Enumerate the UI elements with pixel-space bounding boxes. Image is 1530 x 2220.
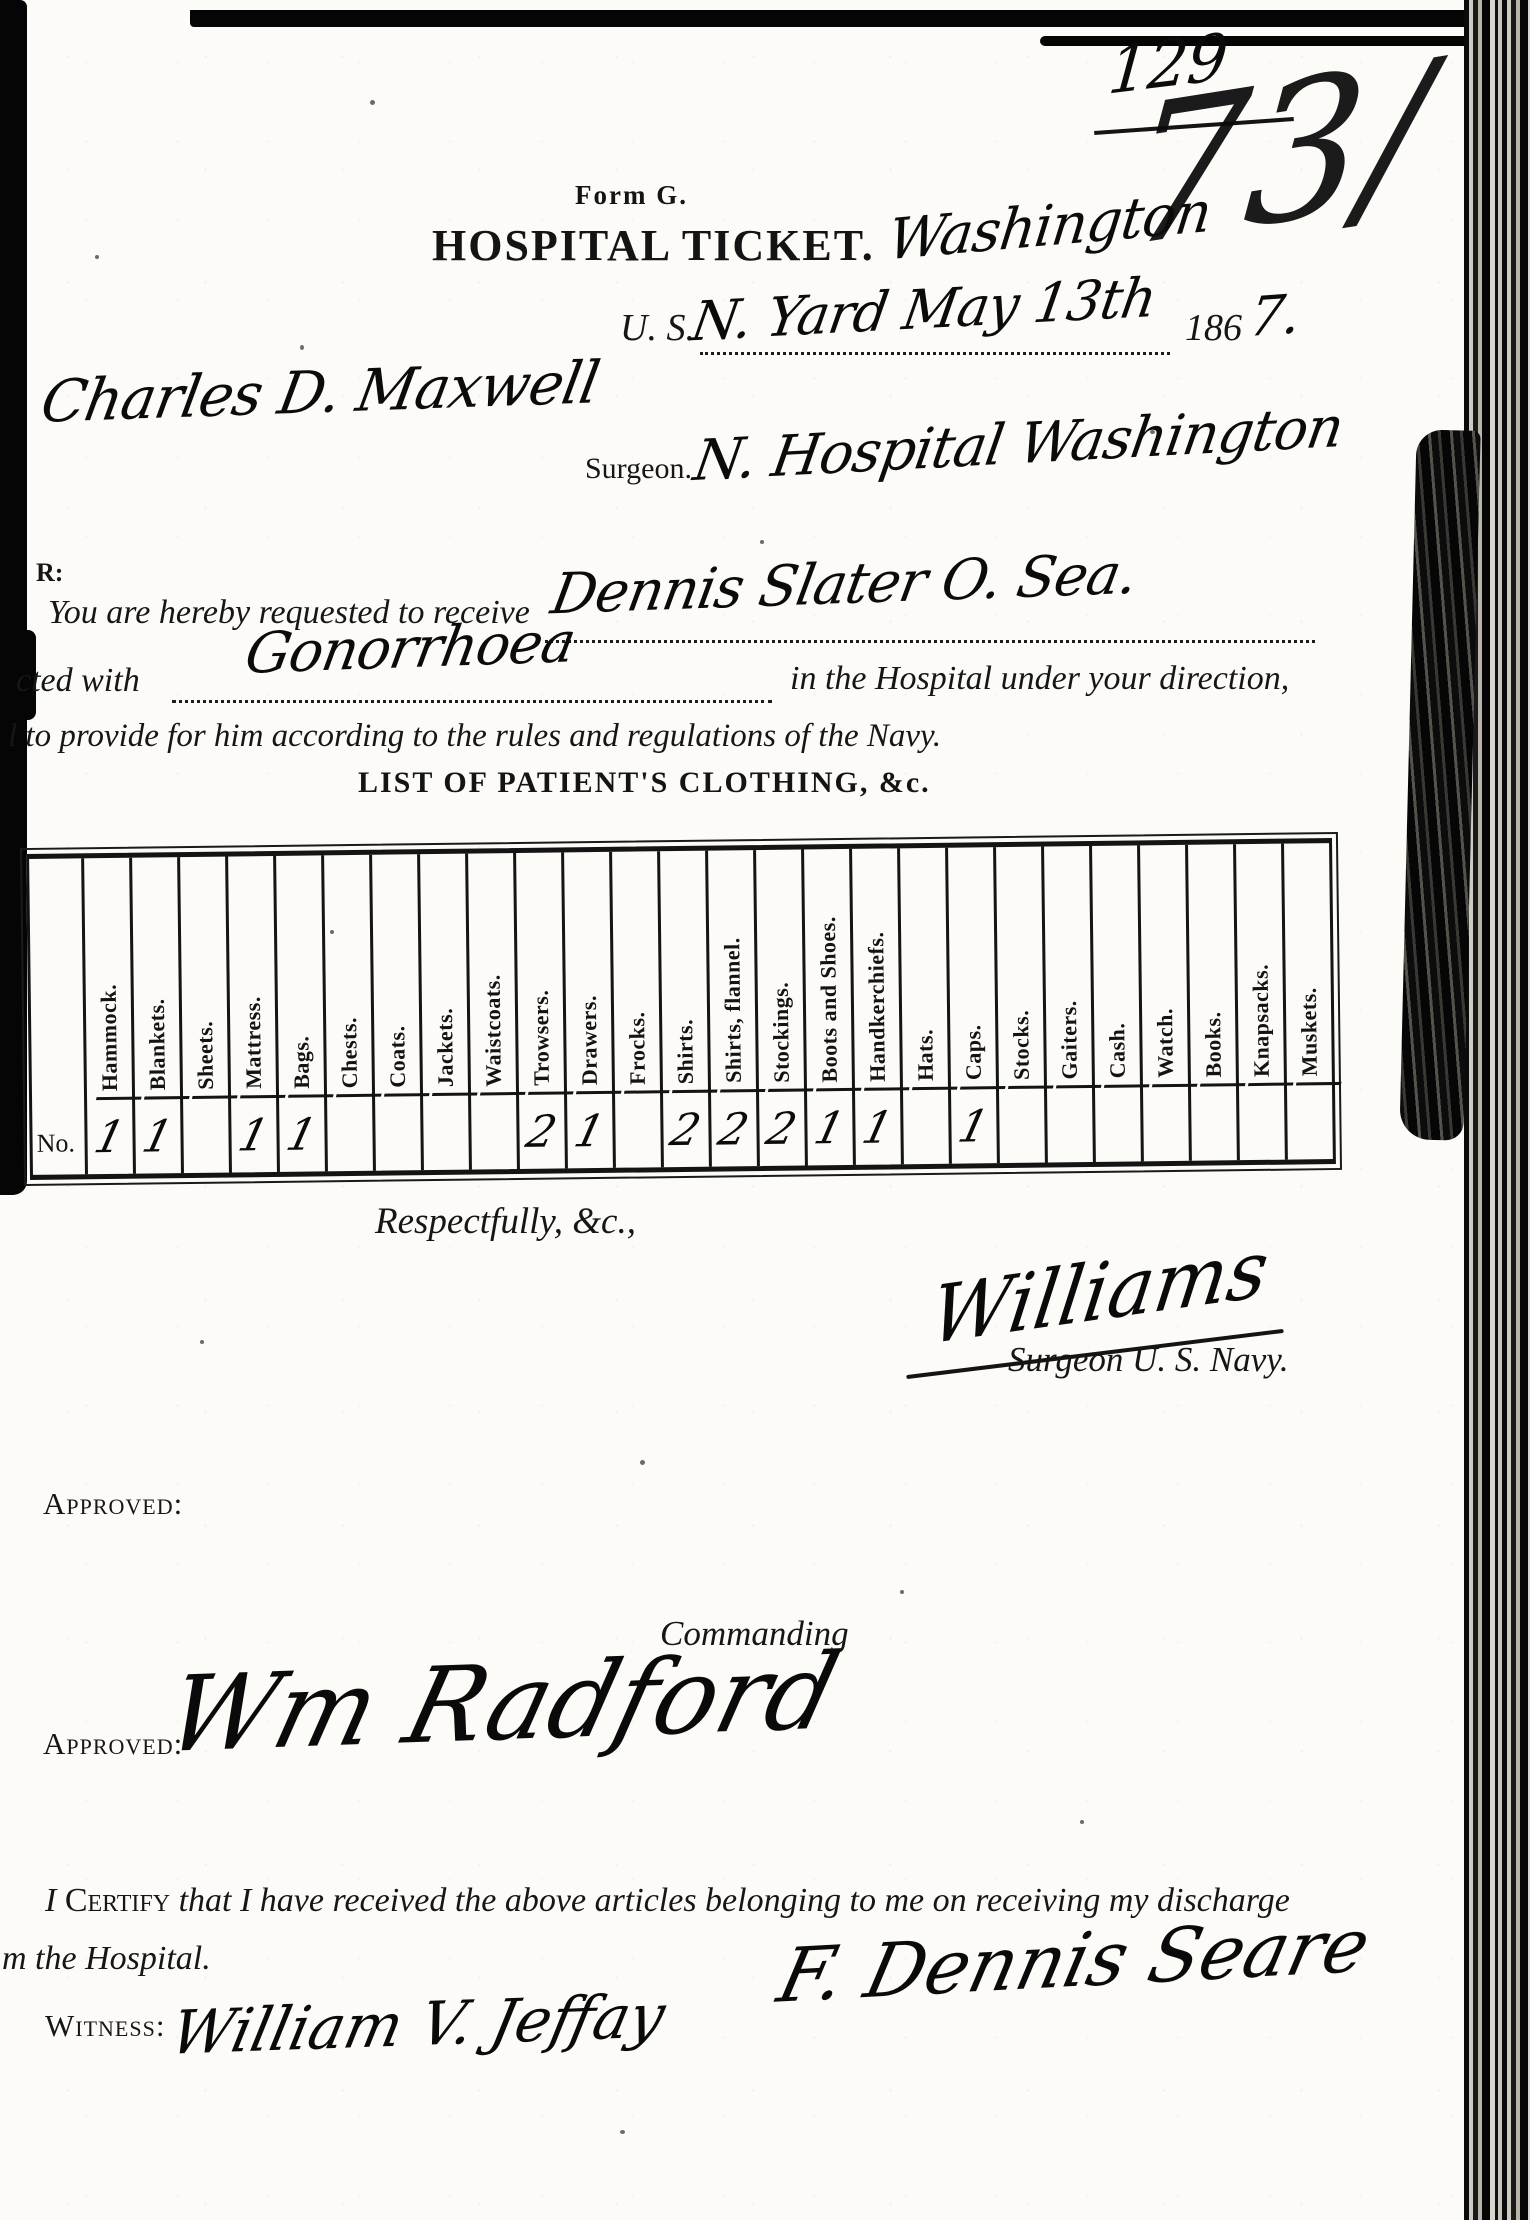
clothing-column-label: Blankets. <box>143 998 170 1090</box>
clothing-column-header-cell: Gaiters. <box>1044 846 1092 1086</box>
clothing-column-label: Cash. <box>1104 1023 1131 1079</box>
clothing-column-label: Handkerchiefs. <box>863 931 891 1082</box>
list-title: LIST OF PATIENT'S CLOTHING, &c. <box>358 766 931 800</box>
scanned-document-page: 129 73/ Form G. HOSPITAL TICKET. Washing… <box>0 0 1530 2220</box>
clothing-column-label: Frocks. <box>624 1011 651 1085</box>
clothing-column: Waistcoats. <box>465 853 517 1170</box>
clothing-column-header-cell: Sheets. <box>180 857 228 1097</box>
approved-label-2: Approved: <box>43 1726 183 1762</box>
clothing-column: Books. <box>1185 844 1237 1161</box>
clothing-table: Hammock.1Blankets.1Sheets.Mattress.1Bags… <box>26 838 1336 1180</box>
scan-top-edge <box>190 10 1530 27</box>
table-row-label: No. <box>36 1128 75 1158</box>
clothing-column-header-cell: Handkerchiefs. <box>852 848 900 1088</box>
clothing-column: Handkerchiefs.1 <box>849 848 901 1165</box>
clothing-column-header-cell: Chests. <box>324 855 372 1095</box>
condition-name: Gonorrhoea <box>240 610 579 687</box>
surgeon-station: N. Hospital Washington <box>689 395 1347 495</box>
clothing-column-header-cell: Coats. <box>372 854 420 1094</box>
clothing-column-header-cell: Boots and Shoes. <box>804 849 852 1089</box>
clothing-column: Drawers.1 <box>561 852 613 1169</box>
condition-underline <box>172 700 772 703</box>
ink-speck <box>200 1340 204 1344</box>
clothing-column-header-cell: Cash. <box>1092 845 1140 1085</box>
clothing-column: Jackets. <box>417 854 469 1171</box>
scan-left-edge <box>0 0 27 1195</box>
clothing-column: Sheets. <box>177 857 229 1174</box>
clothing-column-header-cell: Watch. <box>1140 845 1188 1085</box>
clothing-column-header-cell: Shirts. <box>660 851 708 1091</box>
clothing-column: Boots and Shoes.1 <box>801 849 853 1166</box>
clothing-column-header-cell: Frocks. <box>612 851 660 1091</box>
clothing-column-header-cell: Blankets. <box>132 857 180 1097</box>
clothing-column-label: Stockings. <box>767 982 794 1083</box>
ink-speck <box>370 100 375 105</box>
clothing-column-header-cell: Caps. <box>948 847 996 1087</box>
clothing-column: Chests. <box>321 855 373 1172</box>
clothing-column: Trowsers.2 <box>513 852 565 1169</box>
ink-speck <box>640 1460 645 1465</box>
clothing-column: Stocks. <box>993 847 1045 1164</box>
clothing-column-label: Mattress. <box>239 996 266 1089</box>
clothing-column: Knapsacks. <box>1233 844 1285 1161</box>
ink-speck <box>300 345 304 350</box>
clothing-column-label: Stocks. <box>1008 1010 1035 1080</box>
clothing-column-label: Coats. <box>384 1025 411 1088</box>
ink-speck <box>1080 1820 1084 1824</box>
date-handwritten: N. Yard May 13th <box>687 266 1160 354</box>
clothing-column-header-cell: Books. <box>1188 844 1236 1084</box>
ink-speck <box>95 255 99 259</box>
commanding-signature: Wm Radford <box>155 1630 851 1776</box>
surgeon-label: Surgeon. <box>585 452 692 486</box>
form-label: Form G. <box>575 180 688 211</box>
clothing-column: Shirts.2 <box>657 851 709 1168</box>
clothing-column: Cash. <box>1089 845 1141 1162</box>
certify-word: Certify <box>65 1882 170 1919</box>
hospital-fragment: m the Hospital. <box>2 1940 211 1978</box>
clothing-column-header-cell: Hats. <box>900 848 948 1088</box>
date-year-handwritten: 7. <box>1246 282 1304 349</box>
clothing-column-label: Waistcoats. <box>479 974 506 1087</box>
clothing-column: Bags.1 <box>273 855 325 1172</box>
clothing-column-label: Knapsacks. <box>1247 964 1274 1078</box>
clothing-column-label: Watch. <box>1152 1008 1179 1078</box>
ink-speck <box>330 930 334 934</box>
salutation-fragment: R: <box>36 558 63 588</box>
condition-prefix: cted with <box>16 662 140 700</box>
clothing-column-label: Muskets. <box>1295 987 1322 1076</box>
clothing-column-header-cell: Mattress. <box>228 856 276 1096</box>
clothing-column: Hammock.1 <box>81 858 133 1175</box>
clothing-column-label: Chests. <box>336 1017 363 1089</box>
date-year-printed: 186 <box>1185 306 1242 350</box>
clothing-column-header-cell: Drawers. <box>564 852 612 1092</box>
clothing-column-header-cell: Shirts, flannel. <box>708 850 756 1090</box>
clothing-column: Shirts, flannel.2 <box>705 850 757 1167</box>
request-underline <box>545 640 1315 643</box>
ink-speck <box>620 2130 625 2134</box>
clothing-column-header-cell: Stocks. <box>996 847 1044 1087</box>
clothing-column-label: Caps. <box>960 1025 987 1081</box>
certify-prefix: I <box>45 1882 65 1919</box>
clothing-column-label: Shirts, flannel. <box>719 938 747 1084</box>
clothing-column-header-cell: Muskets. <box>1284 843 1332 1083</box>
clothing-column-label: Hammock. <box>95 984 122 1092</box>
ink-speck <box>900 1590 904 1594</box>
respectfully-line: Respectfully, &c., <box>375 1200 636 1243</box>
provide-line: l to provide for him according to the ru… <box>8 718 941 755</box>
certify-line: I Certify that I have received the above… <box>45 1882 1290 1920</box>
approved-label-1: Approved: <box>43 1486 183 1522</box>
ink-speck <box>760 540 764 544</box>
clothing-column-header-cell: Bags. <box>276 855 324 1095</box>
clothing-column-label: Sheets. <box>192 1021 219 1090</box>
date-prefix: U. S. <box>620 306 695 350</box>
document-title: HOSPITAL TICKET. <box>432 220 875 271</box>
clothing-column: Stockings.2 <box>753 850 805 1167</box>
clothing-column-label: Bags. <box>288 1035 315 1089</box>
certify-rest: that I have received the above articles … <box>170 1882 1290 1919</box>
clothing-column-label: Trowsers. <box>527 990 554 1086</box>
clothing-column: Muskets. <box>1281 843 1333 1160</box>
clothing-column-header-cell: Trowsers. <box>516 852 564 1092</box>
clothing-column-label: Drawers. <box>575 995 602 1085</box>
clothing-column: Gaiters. <box>1041 846 1093 1163</box>
ink-speck <box>1150 430 1155 434</box>
clothing-column-header-cell: Knapsacks. <box>1236 844 1284 1084</box>
clothing-column-header-cell: Hammock. <box>84 858 132 1098</box>
clothing-column: Coats. <box>369 854 421 1171</box>
clothing-column-label: Boots and Shoes. <box>814 916 842 1083</box>
witness-label: Witness: <box>45 2008 165 2044</box>
clothing-column: Blankets.1 <box>129 857 181 1174</box>
clothing-column-header-cell: Stockings. <box>756 850 804 1090</box>
clothing-column-header-cell: Jackets. <box>420 854 468 1094</box>
condition-suffix: in the Hospital under your direction, <box>790 660 1289 698</box>
clothing-column-label: Shirts. <box>672 1019 699 1085</box>
clothing-table-columns: Hammock.1Blankets.1Sheets.Mattress.1Bags… <box>81 843 1333 1174</box>
date-underline <box>700 352 1170 355</box>
addressee-name: Charles D. Maxwell <box>36 348 604 436</box>
clothing-column: Mattress.1 <box>225 856 277 1173</box>
clothing-column-header-cell: Waistcoats. <box>468 853 516 1093</box>
surgeon-title: Surgeon U. S. Navy. <box>1008 1340 1289 1380</box>
clothing-column: Caps.1 <box>945 847 997 1164</box>
clothing-column: Watch. <box>1137 845 1189 1162</box>
clothing-column: Hats. <box>897 848 949 1165</box>
clothing-column-label: Hats. <box>912 1029 939 1081</box>
clothing-column: Frocks. <box>609 851 661 1168</box>
clothing-column-label: Books. <box>1200 1011 1227 1077</box>
clothing-column-label: Jackets. <box>431 1008 458 1087</box>
scan-right-edge <box>1464 0 1530 2220</box>
patient-name: Dennis Slater O. Sea. <box>546 542 1142 628</box>
witness-signature: William V. Jeffay <box>165 1981 672 2069</box>
clothing-column-label: Gaiters. <box>1055 1000 1082 1079</box>
